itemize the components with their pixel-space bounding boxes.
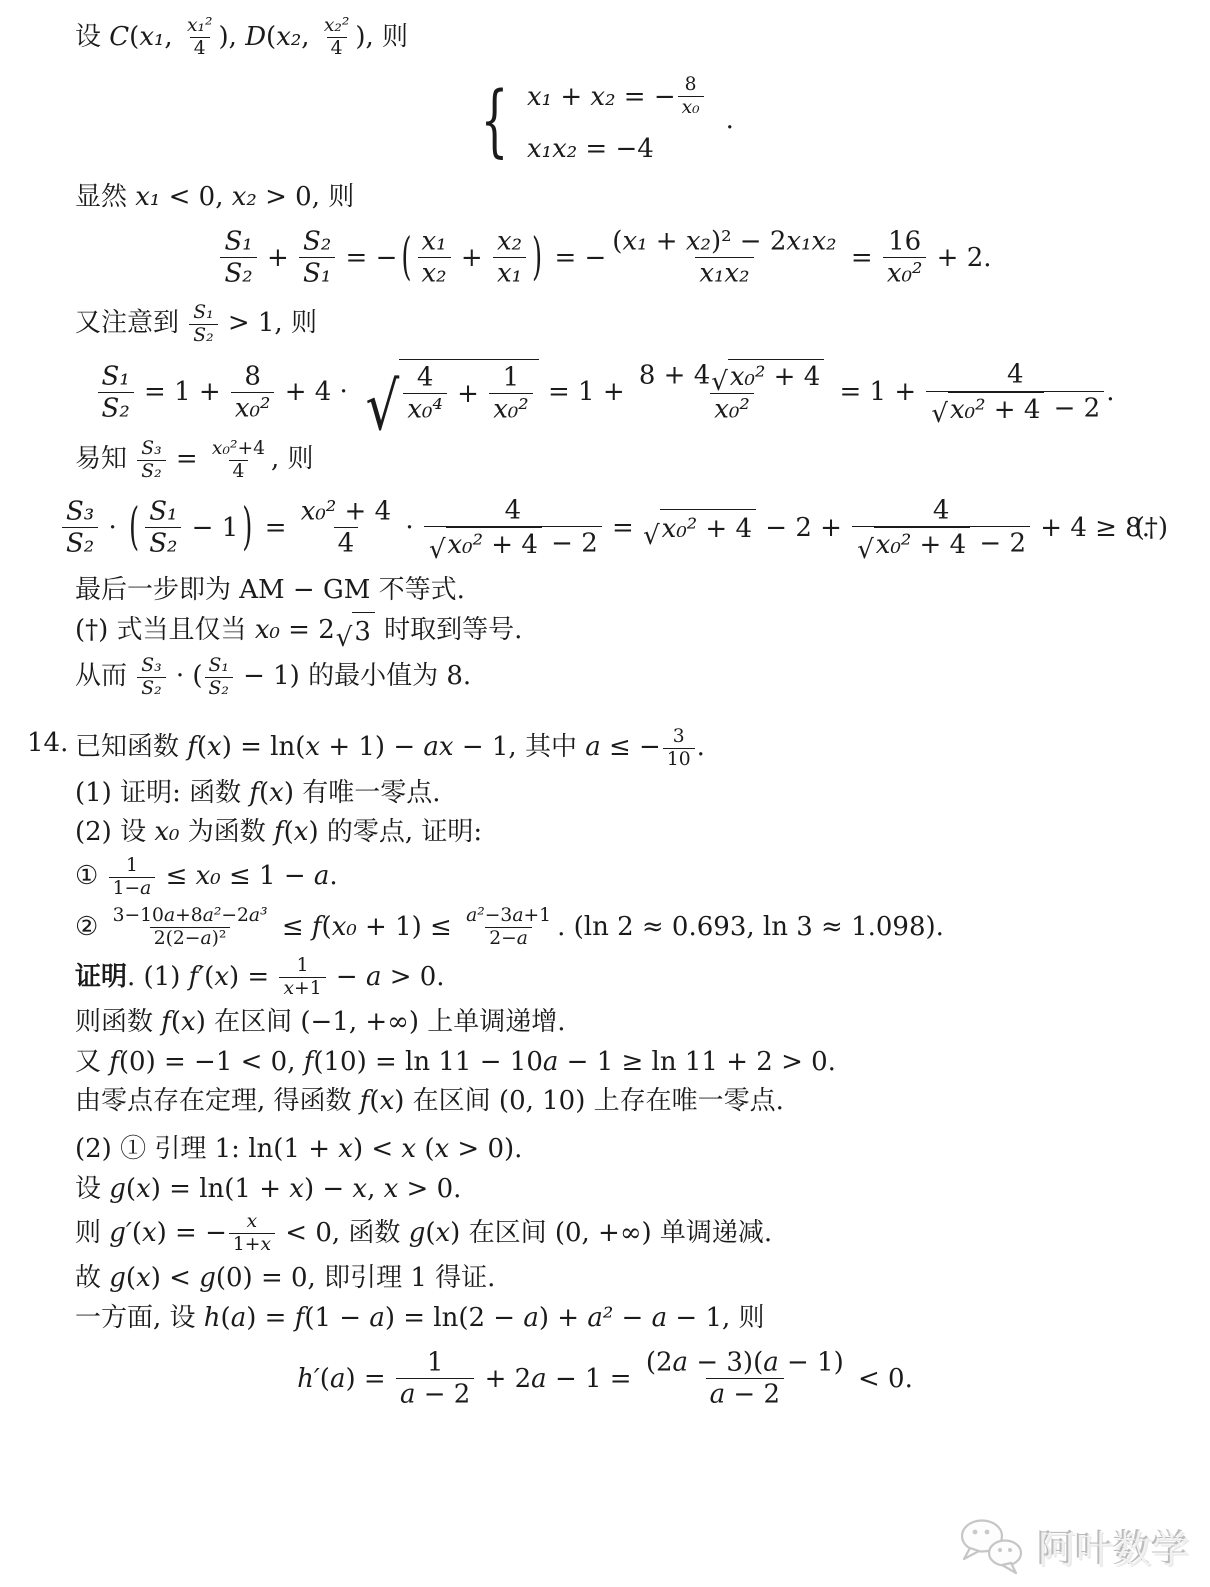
line-content: 又注意到 S₁S₂ > 1, 则 <box>75 308 317 338</box>
math-text: −2 <box>221 905 249 926</box>
math-text: − 2 <box>1045 393 1100 423</box>
denominator: x₁ <box>493 257 526 289</box>
math-text: = − <box>546 241 606 275</box>
denominator: x₀² <box>489 393 533 425</box>
math-text: 1+ <box>233 1234 261 1255</box>
radical-sign-icon: √ <box>643 525 660 547</box>
math-sqrt: √4x₀⁴ + 1x₀² <box>357 359 539 426</box>
math-text: ) = − <box>157 1218 227 1248</box>
numerator: x₀²+4 <box>208 438 269 460</box>
math-variable: C <box>109 22 129 52</box>
numerator: x₂ <box>493 226 526 257</box>
math-text: (10) = ln 11 − 10 <box>313 1047 543 1077</box>
denominator: 4 <box>190 37 210 60</box>
math-variable: a <box>400 1380 416 1410</box>
math-text: 从而 <box>75 661 135 691</box>
math-text: + 4 <box>765 362 820 393</box>
math-sqrt: √x₀² + 4 <box>429 527 542 561</box>
math-variable: a <box>652 1303 668 1333</box>
line-set-cd: 设 C(x₁, x₁²4), D(x₂, x₂²4), 则 <box>0 15 1210 60</box>
math-text: ) = ln(1 + <box>151 1174 290 1204</box>
math-text: ( <box>129 22 139 52</box>
line-content: 则函数 f(x) 在区间 (−1, +∞) 上单调递增. <box>75 1007 566 1037</box>
math-variable: x₀² <box>235 394 271 424</box>
denominator: S₂ <box>137 677 165 700</box>
math-variable: x₀² <box>876 530 912 561</box>
math-text: 一方面, 设 <box>75 1303 204 1333</box>
math-text: ② <box>75 912 107 942</box>
math-variable: x <box>214 962 229 992</box>
math-text: · <box>100 511 125 545</box>
math-variable: x <box>142 1218 157 1248</box>
math-fraction: x₂²4 <box>320 15 354 60</box>
math-variable: S₂ <box>149 529 177 559</box>
math-variable: S₂ <box>141 678 161 699</box>
math-variable: x₀² <box>730 362 766 393</box>
math-variable: S₃ <box>141 655 161 676</box>
line-easy-know: 易知 S₃S₂ = x₀²+44, 则 <box>0 438 1210 483</box>
numerator: 4 <box>501 495 526 526</box>
math-text: + 2 <box>476 1362 531 1396</box>
math-text: > 0. <box>381 962 444 992</box>
math-text: +4 <box>237 438 265 459</box>
math-text: ( <box>284 817 294 847</box>
radical-sign-icon: √ <box>711 371 728 393</box>
radicand: x₀² + 4 <box>728 359 824 393</box>
math-variable: x <box>294 817 309 847</box>
line-content: 设 C(x₁, x₁²4), D(x₂, x₂²4), 则 <box>75 22 408 52</box>
math-variable: x <box>401 1134 416 1164</box>
math-text: + 4 <box>483 530 538 561</box>
line-content: 设 g(x) = ln(1 + x) − x, x > 0. <box>75 1174 461 1204</box>
math-fraction: 3−10a+8a²−2a³2(2−a)² <box>109 905 272 950</box>
math-text: − 1) <box>779 1348 844 1378</box>
denominator: x₀⁴ <box>403 393 447 425</box>
math-variable: f′ <box>189 962 205 992</box>
math-text: − 1, 其中 <box>454 732 586 762</box>
math-text: . <box>697 732 705 762</box>
math-variable: x₂ <box>686 227 711 257</box>
math-variable: a <box>710 1380 726 1410</box>
denominator: x₀² <box>883 257 927 289</box>
line-claim2: ② 3−10a+8a²−2a³2(2−a)² ≤ f(x₀ + 1) ≤ a²−… <box>0 905 1210 950</box>
math-variable: x₁ <box>527 80 552 114</box>
math-text: −3 <box>485 905 513 926</box>
numerator: S₃ <box>137 438 165 460</box>
math-text: ( <box>369 1086 379 1116</box>
item-number: 14. <box>27 726 68 760</box>
math-text: ( <box>197 732 207 762</box>
eq-h-prime: h′(a) = 1a − 2 + 2a − 1 = (2a − 3)(a − 1… <box>0 1347 1210 1411</box>
math-text: − 2 <box>971 529 1026 559</box>
math-text: + 1) − <box>320 732 423 762</box>
equation-tag: (†) <box>1135 511 1168 545</box>
math-fraction: S₁S₂ <box>189 302 217 347</box>
math-text: = <box>256 511 294 545</box>
math-variable: a² <box>203 905 222 926</box>
math-text: 1 <box>427 1348 444 1378</box>
math-variable: f <box>304 1047 314 1077</box>
denominator: √x₀² + 4 − 2 <box>424 526 602 561</box>
math-text: − 1 = <box>547 1362 640 1396</box>
line-content: S₁S₂ + S₂S₁ = −(x₁x₂ + x₂x₁) = −(x₁ + x₂… <box>218 226 991 290</box>
math-text: ) 的零点, 证明: <box>308 817 482 847</box>
denominator: x₀² <box>231 392 275 424</box>
math-variable: x₂ <box>590 80 615 114</box>
line-content: 则 g′(x) = −x1+x < 0, 函数 g(x) 在区间 (0, +∞)… <box>75 1218 772 1248</box>
math-variable: a <box>140 878 151 899</box>
math-variable: a <box>543 1047 559 1077</box>
math-variable: x₁ <box>135 182 160 212</box>
denominator: 2(2−a)² <box>150 927 231 950</box>
numerator: 1 <box>423 1347 448 1378</box>
math-text: ) 有唯一零点. <box>284 778 441 808</box>
math-text: 1 <box>503 363 520 393</box>
math-text: = 1 + <box>540 375 633 409</box>
math-text: + 4 <box>336 497 391 527</box>
math-text: + 2. <box>928 241 991 275</box>
math-variable: a <box>673 1348 689 1378</box>
math-text: + <box>552 80 590 114</box>
math-variable: S₂ <box>66 529 94 559</box>
math-variable: a² <box>587 1303 613 1333</box>
math-text: 10 <box>667 749 691 770</box>
math-variable: h <box>204 1303 221 1333</box>
math-variable: S₁ <box>209 655 229 676</box>
math-variable: x <box>384 1174 399 1204</box>
math-variable: x₁ <box>622 227 647 257</box>
denominator: 4 <box>327 37 347 60</box>
line-obvious: 显然 x₁ < 0, x₂ > 0, 则 <box>0 180 1210 214</box>
line-content: ① 11−a ≤ x₀ ≤ 1 − a. <box>75 861 338 891</box>
math-variable: a <box>763 1348 779 1378</box>
math-variable: x <box>207 732 222 762</box>
math-text: . <box>329 861 337 891</box>
math-text: , 则 <box>271 444 314 474</box>
math-text: 4 <box>417 363 434 393</box>
math-text: ( <box>204 962 214 992</box>
math-text: )² − 2 <box>711 227 786 257</box>
math-variable: ax <box>423 732 453 762</box>
math-text: < 0, <box>160 182 231 212</box>
line-content: 故 g(x) < g(0) = 0, 即引理 1 得证. <box>75 1263 495 1293</box>
math-text: 1 <box>297 955 309 976</box>
math-text: · ( <box>168 661 203 691</box>
math-text: > 0. <box>398 1174 461 1204</box>
line-content: (†) 式当且仅当 x₀ = 2√3 时取到等号. <box>75 615 522 645</box>
math-text: = − <box>616 80 676 114</box>
line-def-g: 设 g(x) = ln(1 + x) − x, x > 0. <box>0 1172 1210 1206</box>
math-variable: x₁x₂ <box>527 132 577 166</box>
math-text: ) < <box>151 1263 199 1293</box>
math-text: 1 <box>126 855 138 876</box>
math-variable: f <box>161 1007 171 1037</box>
math-variable: x₀² <box>950 395 986 426</box>
line-part2: (2) 设 x₀ 为函数 f(x) 的零点, 证明: <box>0 815 1210 849</box>
math-text: < 0, 函数 <box>277 1218 409 1248</box>
math-text: 则 <box>75 1218 109 1248</box>
math-big-paren: ) <box>242 494 252 561</box>
line-ivt: 由零点存在定理, 得函数 f(x) 在区间 (0, 10) 上存在唯一零点. <box>0 1084 1210 1118</box>
math-text: ) = <box>229 962 277 992</box>
denominator: x₀ <box>678 96 704 119</box>
math-text: ) − <box>304 1174 352 1204</box>
eq-system: {x₁ + x₂ = −8x₀x₁x₂ = −4. <box>0 74 1210 166</box>
math-variable: x <box>283 978 294 999</box>
math-text: 4 <box>505 496 522 526</box>
denominator: x+1 <box>279 977 325 1000</box>
numerator: 8 <box>681 74 701 96</box>
math-text: ) = ln( <box>222 732 306 762</box>
math-text: 4 <box>933 496 950 526</box>
line-content: S₁S₂ = 1 + 8x₀² + 4 · √4x₀⁴ + 1x₀² = 1 +… <box>96 359 1115 426</box>
radical-sign-icon: √ <box>931 403 948 425</box>
math-text: ) 在区间 (−1, +∞) 上单调递增. <box>196 1007 566 1037</box>
math-text: ) 在区间 (0, +∞) 单调递减. <box>450 1218 772 1248</box>
math-text: ( <box>221 1303 231 1333</box>
math-text: ( <box>425 1218 435 1248</box>
math-variable: x₀² <box>493 395 529 425</box>
math-text: 又注意到 <box>75 308 187 338</box>
line-note-ratio: 又注意到 S₁S₂ > 1, 则 <box>0 302 1210 347</box>
math-text: )² <box>212 928 227 949</box>
math-text: = − <box>337 241 397 275</box>
math-fraction: x₀² + 44 <box>297 496 395 560</box>
math-text: + <box>453 241 491 275</box>
math-variable: x₀ <box>196 861 221 891</box>
math-variable: S₂ <box>141 461 161 482</box>
math-fraction: 1x₀² <box>489 362 533 426</box>
line-content: 又 f(0) = −1 < 0, f(10) = ln 11 − 10a − 1… <box>75 1047 836 1077</box>
denominator: x₀² <box>710 393 754 425</box>
math-variable: a <box>585 732 601 762</box>
math-fraction: S₃S₂ <box>137 655 165 700</box>
denominator: S₂ <box>62 527 98 559</box>
math-variable: x₁x₂ <box>699 259 749 289</box>
denominator: S₂ <box>145 527 181 559</box>
math-text: = 1 + <box>136 375 229 409</box>
math-fraction: 8 + 4√x₀² + 4x₀² <box>635 359 829 425</box>
math-sqrt: √3 <box>336 612 375 649</box>
math-variable: x₁ <box>497 259 522 289</box>
numerator: S₂ <box>299 226 335 257</box>
math-variable: x₁² <box>187 15 213 36</box>
math-variable: x <box>435 1134 450 1164</box>
math-variable: S₁ <box>149 497 177 527</box>
math-variable: a <box>512 905 523 926</box>
math-variable: x₀² <box>714 395 750 425</box>
math-fraction: S₃S₂ <box>62 496 98 560</box>
numerator: S₁ <box>145 496 181 527</box>
math-fraction: 16x₀² <box>883 226 927 290</box>
math-variable: S₃ <box>141 438 161 459</box>
math-text: 1− <box>113 878 141 899</box>
math-text: (1 − <box>304 1303 369 1333</box>
math-variable: x <box>380 1086 395 1116</box>
math-variable: x <box>338 1134 353 1164</box>
system-rows: x₁ + x₂ = −8x₀x₁x₂ = −4 <box>527 74 706 166</box>
math-text: 设 <box>75 1174 109 1204</box>
math-variable: x <box>181 1007 196 1037</box>
numerator: (x₁ + x₂)² − 2x₁x₂ <box>608 226 840 257</box>
math-fraction: 1a − 2 <box>396 1347 474 1411</box>
math-fraction: S₁S₂ <box>220 226 256 290</box>
radicand: x₀² + 4 <box>874 527 970 561</box>
math-text: 则函数 <box>75 1007 161 1037</box>
math-text: = 2 <box>280 615 335 645</box>
math-text: 故 <box>75 1263 109 1293</box>
line-lemma1: (2) ① 引理 1: ln(1 + x) < x (x > 0). <box>0 1132 1210 1166</box>
numerator: 3−10a+8a²−2a³ <box>109 905 272 927</box>
math-text: + 4 <box>986 395 1041 426</box>
math-variable: S₂ <box>224 259 252 289</box>
math-text: ) 在区间 (0, 10) 上存在唯一零点. <box>394 1086 784 1116</box>
math-text: 又 <box>75 1047 109 1077</box>
numerator: (2a − 3)(a − 1) <box>642 1347 848 1378</box>
math-text: (2) ① 引理 1: ln(1 + <box>75 1134 338 1164</box>
line-content: 证明. (1) f′(x) = 1x+1 − a > 0. <box>75 962 445 992</box>
math-variable: x₂ <box>232 182 257 212</box>
math-text: +8 <box>175 905 203 926</box>
math-variable: a <box>164 905 175 926</box>
math-fraction: 1x+1 <box>279 955 325 1000</box>
math-variable: a <box>200 928 211 949</box>
period: . <box>726 103 734 137</box>
math-text: = <box>843 241 881 275</box>
math-text: ), <box>219 22 246 52</box>
line-equality: (†) 式当且仅当 x₀ = 2√3 时取到等号. <box>0 612 1210 649</box>
math-variable: x₀ <box>332 912 357 942</box>
math-text: . <box>1106 375 1114 409</box>
math-fraction: 310 <box>663 726 695 771</box>
radicand: 3 <box>352 612 375 649</box>
math-text: 2(2− <box>154 928 201 949</box>
math-variable: x <box>305 732 320 762</box>
math-text: ① <box>75 861 107 891</box>
math-variable: x₁ <box>422 227 447 257</box>
math-text: (0) = −1 < 0, <box>119 1047 304 1077</box>
watermark-label: 阿叶数学 <box>1038 1519 1190 1574</box>
math-variable: x₀² <box>662 512 698 546</box>
math-fraction: (x₁ + x₂)² − 2x₁x₂x₁x₂ <box>608 226 840 290</box>
numerator: 1 <box>122 855 142 877</box>
line-amgm: 最后一步即为 AM − GM 不等式. <box>0 573 1210 607</box>
math-text: ( <box>322 912 332 942</box>
left-brace: { <box>481 81 509 159</box>
math-text: ( <box>126 1263 136 1293</box>
math-variable: x₂ <box>497 227 522 257</box>
denominator: S₂ <box>98 392 134 424</box>
numerator: 8 + 4√x₀² + 4 <box>635 359 829 393</box>
math-variable: a² <box>466 905 485 926</box>
math-variable: x <box>269 778 284 808</box>
math-variable: x₀² <box>212 438 238 459</box>
math-sqrt: √x₀² + 4 <box>857 527 970 561</box>
math-text: + <box>449 377 487 411</box>
math-variable: x <box>260 1234 271 1255</box>
numerator: 8 <box>240 361 265 392</box>
math-variable: S₃ <box>66 497 94 527</box>
line-content: 易知 S₃S₂ = x₀²+44, 则 <box>75 444 314 474</box>
math-text: ) = ln(2 − <box>385 1303 524 1333</box>
math-sqrt: √x₀² + 4 <box>931 392 1044 426</box>
math-text: +1 <box>294 978 322 999</box>
math-variable: f <box>187 732 197 762</box>
math-variable: S₂ <box>209 678 229 699</box>
line-g-neg: 故 g(x) < g(0) = 0, 即引理 1 得证. <box>0 1261 1210 1295</box>
denominator: √x₀² + 4 − 2 <box>852 526 1030 561</box>
math-fraction: x1+x <box>229 1211 275 1256</box>
math-variable: x <box>247 1211 258 1232</box>
math-variable: x <box>289 1174 304 1204</box>
math-text: 4 <box>338 529 355 559</box>
math-text: + 4 ≥ 8. <box>1032 511 1150 545</box>
math-text: 8 <box>685 74 697 95</box>
math-variable: f <box>249 778 259 808</box>
math-text: 为函数 <box>179 817 274 847</box>
radical-sign-icon: √ <box>336 627 353 649</box>
math-text: ( <box>320 1362 330 1396</box>
wechat-bubbles-icon <box>956 1517 1028 1575</box>
math-variable: S₁ <box>303 259 331 289</box>
math-variable: g <box>109 1174 126 1204</box>
denominator: √x₀² + 4 − 2 <box>926 391 1104 426</box>
math-text: − 2 <box>415 1380 470 1410</box>
math-fraction: 4√x₀² + 4 − 2 <box>424 495 602 561</box>
math-text: ( <box>132 1218 142 1248</box>
eq-product: S₃S₂ · (S₁S₂ − 1) = x₀² + 44 · 4√x₀² + 4… <box>0 495 1210 561</box>
denominator: 4 <box>334 527 359 559</box>
math-text: 3 <box>354 615 371 649</box>
numerator: S₁ <box>98 361 134 392</box>
line-proof-1: 证明. (1) f′(x) = 1x+1 − a > 0. <box>0 955 1210 1000</box>
math-text: . (1) <box>127 962 189 992</box>
denominator: S₂ <box>137 460 165 483</box>
numerator: S₃ <box>62 496 98 527</box>
math-variable: x₀² <box>887 259 923 289</box>
math-big-paren: ( <box>401 224 411 291</box>
math-variable: a <box>517 928 528 949</box>
numerator: a²−3a+1 <box>462 905 555 927</box>
radicand: x₀² + 4 <box>660 509 756 546</box>
math-text: +1 <box>524 905 552 926</box>
math-variable: f <box>109 1047 119 1077</box>
math-text: − 1) 的最小值为 8. <box>235 661 471 691</box>
math-text: ( <box>416 1134 434 1164</box>
math-text: ( <box>612 227 622 257</box>
denominator: x₁x₂ <box>695 257 753 289</box>
solution-document: 设 C(x₁, x₁²4), D(x₂, x₂²4), 则{x₁ + x₂ = … <box>0 0 1210 1411</box>
line-content: 由零点存在定理, 得函数 f(x) 在区间 (0, 10) 上存在唯一零点. <box>75 1086 784 1116</box>
math-text: > 0). <box>449 1134 522 1164</box>
denominator: a − 2 <box>396 1378 474 1410</box>
math-variable: f <box>274 817 284 847</box>
math-variable: x₀ <box>255 615 280 645</box>
numerator: 4 <box>1003 359 1028 390</box>
math-text: , <box>301 22 318 52</box>
math-text: ( <box>126 1174 136 1204</box>
eq-ratio-sum: S₁S₂ + S₂S₁ = −(x₁x₂ + x₂x₁) = −(x₁ + x₂… <box>0 226 1210 290</box>
denominator: 1−a <box>109 877 156 900</box>
math-text: − 1 ≥ ln 11 + 2 > 0. <box>558 1047 836 1077</box>
math-text: − 2 + <box>757 511 850 545</box>
math-text: ) = <box>345 1362 393 1396</box>
math-variable: x₀⁴ <box>407 395 443 425</box>
line-claim1: ① 11−a ≤ x₀ ≤ 1 − a. <box>0 855 1210 900</box>
math-variable: a³ <box>249 905 268 926</box>
math-text: = 1 + <box>831 375 924 409</box>
math-text: < 0. <box>850 1362 913 1396</box>
